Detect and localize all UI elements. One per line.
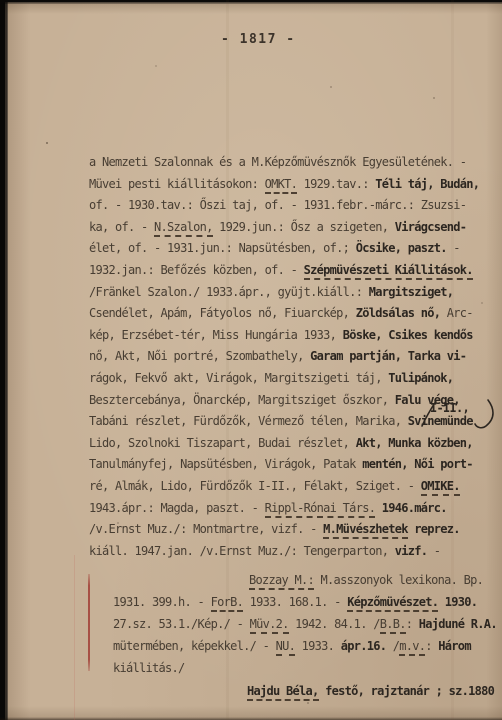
text-segment: Lido, Szolnoki Tiszapart, Budai részlet, [89, 436, 356, 450]
text-line: élet, of. - 1931.jun.: Napsütésben, of.;… [89, 241, 491, 263]
text-line: Bozzay M.: M.asszonyok lexikona. Bp. [113, 573, 495, 595]
text-segment: Csendélet, Apám, Fátyolos nő, Fiuarckép, [89, 306, 356, 320]
underlined-text: Rippl-Rónai Társ. [265, 501, 376, 518]
text-line: kiállitás./ [113, 661, 495, 683]
text-segment: kiáll. 1947.jan. /v.Ernst Muz./: Tengerp… [89, 544, 395, 558]
underlined-text: M.Müvészhetek [323, 522, 408, 539]
bold-text: Öcsike, paszt. [356, 241, 447, 255]
exhibition-history-paragraph: a Nemzeti Szalonnak és a M.Képzőmüvésznő… [89, 155, 491, 565]
text-line: Csendélet, Apám, Fátyolos nő, Fiuarckép,… [89, 306, 491, 328]
bold-text: Csikes kendős [388, 328, 473, 342]
bold-text: Svinemünde [408, 414, 473, 428]
bold-text: Virágcsend- [395, 220, 467, 234]
text-segment: : [425, 639, 438, 653]
text-segment: /Fränkel Szalon./ 1933.ápr., gyüjt.kiáll… [89, 285, 369, 299]
text-line: Lido, Szolnoki Tiszapart, Budai részlet,… [89, 436, 491, 458]
text-line: ka, of. - N.Szalon, 1929.jun.: Ősz a szi… [89, 220, 491, 242]
text-segment: Müvei pesti kiállitásokon: [89, 177, 265, 191]
bold-text: mentén, Női port- [362, 457, 473, 471]
text-segment: 1942. 84.1. / [289, 617, 380, 631]
text-segment: Tanulmányfej, Napsütésben, Virágok, Pata… [89, 457, 362, 471]
bold-text: ápr.16. [341, 639, 387, 653]
text-line: kép, Erzsébet-tér, Miss Hungária 1933, B… [89, 328, 491, 350]
underlined-text: OMKT. [265, 177, 298, 194]
text-segment: of. - 1930.tav.: Őszi taj, of. - 1931.fe… [89, 198, 466, 212]
text-line: Tanulmányfej, Napsütésben, Virágok, Pata… [89, 457, 491, 479]
text-line: 1943.ápr.: Magda, paszt. - Rippl-Rónai T… [89, 501, 491, 523]
text-segment: : [406, 617, 419, 631]
bold-text: Garam partján, Tarka vi- [310, 349, 466, 363]
text-segment: 1933. 168.1. - [243, 595, 347, 609]
text-line: nő, Akt, Női portré, Szombathely, Garam … [89, 349, 491, 371]
bold-text: Böske, [343, 328, 382, 342]
text-line: kiáll. 1947.jan. /v.Ernst Muz./: Tengerp… [89, 544, 491, 566]
text-segment: - [427, 544, 440, 558]
scanned-document-page: - 1817 - a Nemzeti Szalonnak és a M.Képz… [0, 0, 502, 720]
handwritten-insertion: I-II., [430, 401, 469, 415]
underlined-text: N.Szalon, [154, 220, 213, 237]
underlined-text: B.B. [380, 617, 406, 634]
text-line: mütermében, képekkel./ - NU. 1933. ápr.1… [113, 639, 495, 661]
bibliography-paragraph: Bozzay M.: M.asszonyok lexikona. Bp.1931… [113, 573, 495, 683]
paper-crease [74, 555, 75, 720]
scan-edge-top [0, 0, 502, 4]
bold-text: 1946.márc. [382, 501, 447, 515]
bold-text: Három [438, 639, 471, 653]
text-line: /v.Ernst Muz./: Montmartre, vizf. - M.Mü… [89, 522, 491, 544]
underlined-text: m.v. [399, 639, 425, 656]
margin-red-line [88, 574, 90, 671]
text-segment: 1929.tav.: [297, 177, 375, 191]
text-segment: élet, of. - 1931.jun.: Napsütésben, of.; [89, 241, 356, 255]
text-line: /Fränkel Szalon./ 1933.ápr., gyüjt.kiáll… [89, 285, 491, 307]
underlined-text: Szépmüvészeti Kiállitások. [304, 263, 473, 280]
underlined-text: Müv.2. [250, 617, 289, 634]
bold-text: Zöldsálas nő, [356, 306, 441, 320]
bold-text: Hajduné R.A. [419, 617, 497, 631]
text-segment: mütermében, képekkel./ - [113, 639, 276, 653]
bold-text: reprez. [414, 522, 460, 536]
bold-text: Akt, Munka közben, [356, 436, 473, 450]
text-line: 27.sz. 53.1./Kép./ - Müv.2. 1942. 84.1. … [113, 617, 495, 639]
underlined-text: Hajdu Béla, [247, 684, 319, 701]
text-segment: a Nemzeti Szalonnak és a M.Képzőmüvésznő… [89, 155, 466, 169]
text-segment: Besztercebánya, Önarckép, Margitsziget ő… [89, 393, 395, 407]
underlined-text: NU. [276, 639, 296, 656]
text-segment: 1931. 399.h. - [113, 595, 211, 609]
bold-text: Téli táj, Budán, [375, 177, 479, 191]
text-line: Müvei pesti kiállitásokon: OMKT. 1929.ta… [89, 177, 491, 199]
page-number: - 1817 - [221, 32, 296, 47]
bold-text: festő, rajztanár ; sz.1880 [319, 684, 495, 698]
text-segment: Tabáni részlet, Fürdőzők, Vérmező télen,… [89, 414, 408, 428]
text-segment: 27.sz. 53.1./Kép./ - [113, 617, 250, 631]
text-line: Tabáni részlet, Fürdőzők, Vérmező télen,… [89, 414, 491, 436]
text-segment: /v.Ernst Muz./: Montmartre, vizf. - [89, 522, 323, 536]
text-segment: nő, Akt, Női portré, Szombathely, [89, 349, 310, 363]
text-segment: Arc- [440, 306, 473, 320]
text-segment: 1943.ápr.: Magda, paszt. - [89, 501, 265, 515]
text-segment: ka, of. - [89, 220, 154, 234]
text-segment: kép, Erzsébet-tér, Miss Hungária 1933, [89, 328, 343, 342]
text-segment: 1929.jun.: Ősz a szigeten, [213, 220, 395, 234]
text-line: 1931. 399.h. - ForB. 1933. 168.1. - Képz… [113, 595, 495, 617]
text-line: of. - 1930.tav.: Őszi taj, of. - 1931.fe… [89, 198, 491, 220]
paper-specks [0, 0, 2, 2]
underlined-text: OMIKE. [421, 479, 460, 496]
text-segment: rágok, Fekvő akt, Virágok, Margitszigeti… [89, 371, 388, 385]
text-segment: / [386, 639, 399, 653]
bold-text: 1930. [445, 595, 478, 609]
underlined-text: Bozzay M.: [249, 573, 314, 590]
text-line: rágok, Fekvő akt, Virágok, Margitszigeti… [89, 371, 491, 393]
text-segment: - [447, 241, 460, 255]
text-segment: kiállitás./ [113, 661, 185, 675]
text-line: ré, Almák, Lido, Fürdőzők I-II., Félakt,… [89, 479, 491, 501]
bold-text: vizf. [395, 544, 428, 558]
scan-edge-left [0, 0, 8, 720]
underlined-text: ForB. [211, 595, 244, 612]
bold-text: Margitsziget, [369, 285, 454, 299]
text-line: Hajdu Béla, festő, rajztanár ; sz.1880 [247, 684, 497, 706]
text-line: a Nemzeti Szalonnak és a M.Képzőmüvésznő… [89, 155, 491, 177]
text-line: 1932.jan.: Befőzés közben, of. - Szépmüv… [89, 263, 491, 285]
text-segment: 1932.jan.: Befőzés közben, of. - [89, 263, 304, 277]
underlined-text: Képzőmüvészet. [347, 595, 438, 612]
bold-text: Tulipánok, [388, 371, 453, 385]
next-entry-heading: Hajdu Béla, festő, rajztanár ; sz.1880 [247, 684, 497, 706]
text-segment: M.asszonyok lexikona. Bp. [314, 573, 483, 587]
text-segment: ré, Almák, Lido, Fürdőzők I-II., Félakt,… [89, 479, 421, 493]
text-segment: 1933. [295, 639, 341, 653]
